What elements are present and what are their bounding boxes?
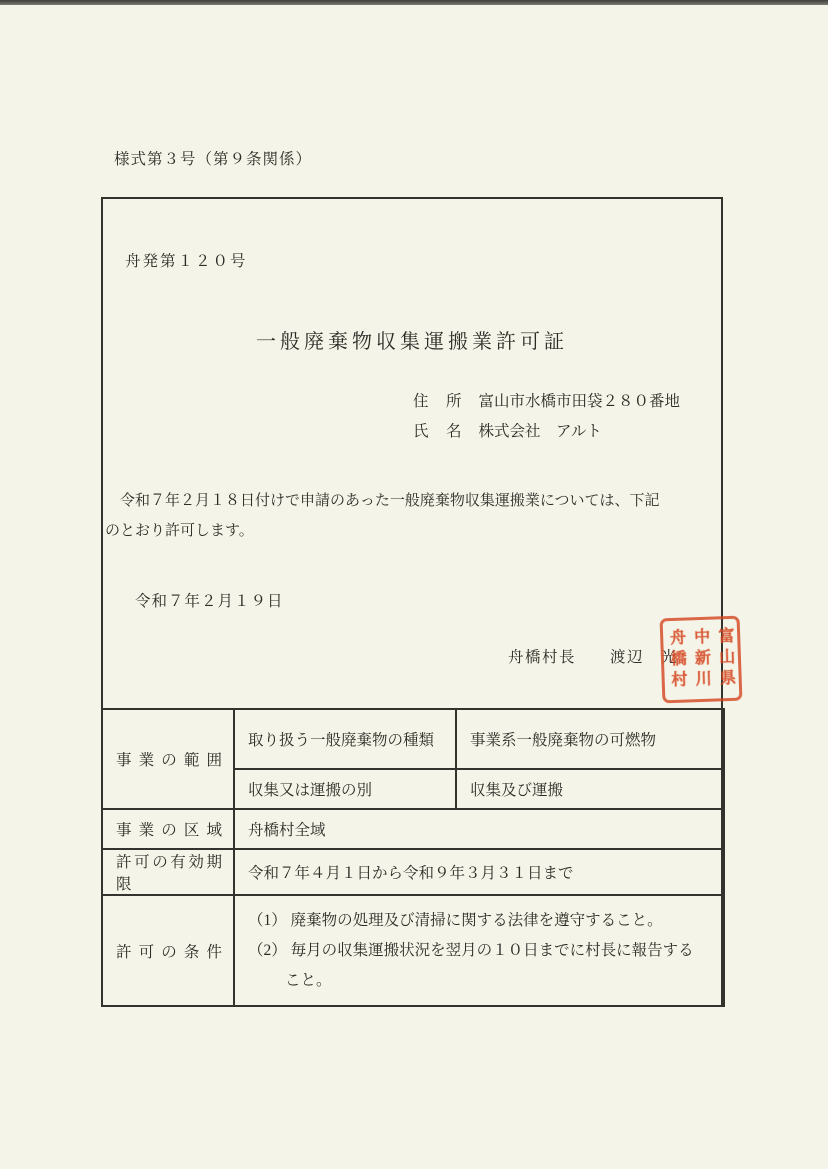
table-row-scope-kind: 事業の範囲 取り扱う一般廃棄物の種類 事業系一般廃棄物の可燃物 — [102, 709, 724, 769]
name-value: 株式会社 アルト — [479, 423, 602, 440]
body-line-1: 令和７年２月１８日付けで申請のあった一般廃棄物収集運搬業については、下記 — [105, 486, 660, 516]
address-value: 富山市水橋市田袋２８０番地 — [479, 393, 681, 410]
table-row-conditions: 許可の条件 （1） 廃棄物の処理及び清掃に関する法律を遵守すること。 （2） 毎… — [102, 895, 724, 1006]
kind-value-cell: 事業系一般廃棄物の可燃物 — [456, 709, 724, 769]
validity-label: 許可の有効期限 — [116, 850, 222, 894]
seal-column-middle: 中新川 — [688, 628, 713, 692]
form-number-label: 様式第３号（第９条関係） — [114, 147, 312, 169]
conditions-value-cell: （1） 廃棄物の処理及び清掃に関する法律を遵守すること。 （2） 毎月の収集運搬… — [234, 895, 724, 1006]
mode-value-cell: 収集及び運搬 — [456, 769, 724, 809]
mode-key-cell: 収集又は運搬の別 — [234, 769, 456, 809]
table-row-area: 事業の区域 舟橋村全域 — [102, 809, 724, 849]
issuer-signature: 舟橋村長 渡辺 光 — [508, 645, 678, 667]
condition-line-2: （2） 毎月の収集運搬状況を翌月の１０日までに村長に報告する — [248, 936, 710, 966]
issue-date: 令和７年２月１９日 — [135, 589, 284, 611]
conditions-label: 許可の条件 — [116, 940, 222, 962]
scope-label-cell: 事業の範囲 — [102, 709, 234, 809]
condition-line-3: こと。 — [248, 966, 710, 996]
scope-label: 事業の範囲 — [116, 748, 222, 770]
scan-edge-artifact — [0, 0, 828, 5]
seal-column-right: 富山県 — [713, 627, 738, 691]
area-label: 事業の区域 — [116, 818, 222, 840]
body-line-2: のとおり許可します。 — [105, 516, 660, 546]
name-label: 氏 名 — [413, 423, 463, 440]
area-value-cell: 舟橋村全域 — [234, 809, 724, 849]
address-label: 住 所 — [413, 393, 463, 410]
conditions-text: （1） 廃棄物の処理及び清掃に関する法律を遵守すること。 （2） 毎月の収集運搬… — [248, 897, 710, 1005]
conditions-label-cell: 許可の条件 — [102, 895, 234, 1006]
area-label-cell: 事業の区域 — [102, 809, 234, 849]
body-paragraph: 令和７年２月１８日付けで申請のあった一般廃棄物収集運搬業については、下記 のとお… — [105, 486, 660, 546]
condition-line-1: （1） 廃棄物の処理及び清掃に関する法律を遵守すること。 — [248, 906, 710, 936]
recipient-name-line: 氏 名株式会社 アルト — [413, 417, 680, 447]
document-number: 舟発第１２０号 — [125, 249, 248, 271]
official-red-seal-stamp: 富山県 中新川 舟橋村 — [660, 616, 743, 704]
kind-key-cell: 取り扱う一般廃棄物の種類 — [234, 709, 456, 769]
certificate-title: 一般廃棄物収集運搬業許可証 — [103, 325, 721, 354]
scanned-document-page: 様式第３号（第９条関係） 舟発第１２０号 一般廃棄物収集運搬業許可証 住 所富山… — [0, 0, 828, 1169]
seal-column-left: 舟橋村 — [664, 628, 689, 692]
validity-value-cell: 令和７年４月１日から令和９年３月３１日まで — [234, 849, 724, 895]
certificate-frame: 舟発第１２０号 一般廃棄物収集運搬業許可証 住 所富山市水橋市田袋２８０番地 氏… — [101, 197, 723, 1007]
recipient-address-line: 住 所富山市水橋市田袋２８０番地 — [413, 387, 680, 417]
table-row-validity: 許可の有効期限 令和７年４月１日から令和９年３月３１日まで — [102, 849, 724, 895]
validity-label-cell: 許可の有効期限 — [102, 849, 234, 895]
permit-details-table: 事業の範囲 取り扱う一般廃棄物の種類 事業系一般廃棄物の可燃物 収集又は運搬の別… — [101, 708, 725, 1007]
recipient-block: 住 所富山市水橋市田袋２８０番地 氏 名株式会社 アルト — [413, 387, 680, 447]
